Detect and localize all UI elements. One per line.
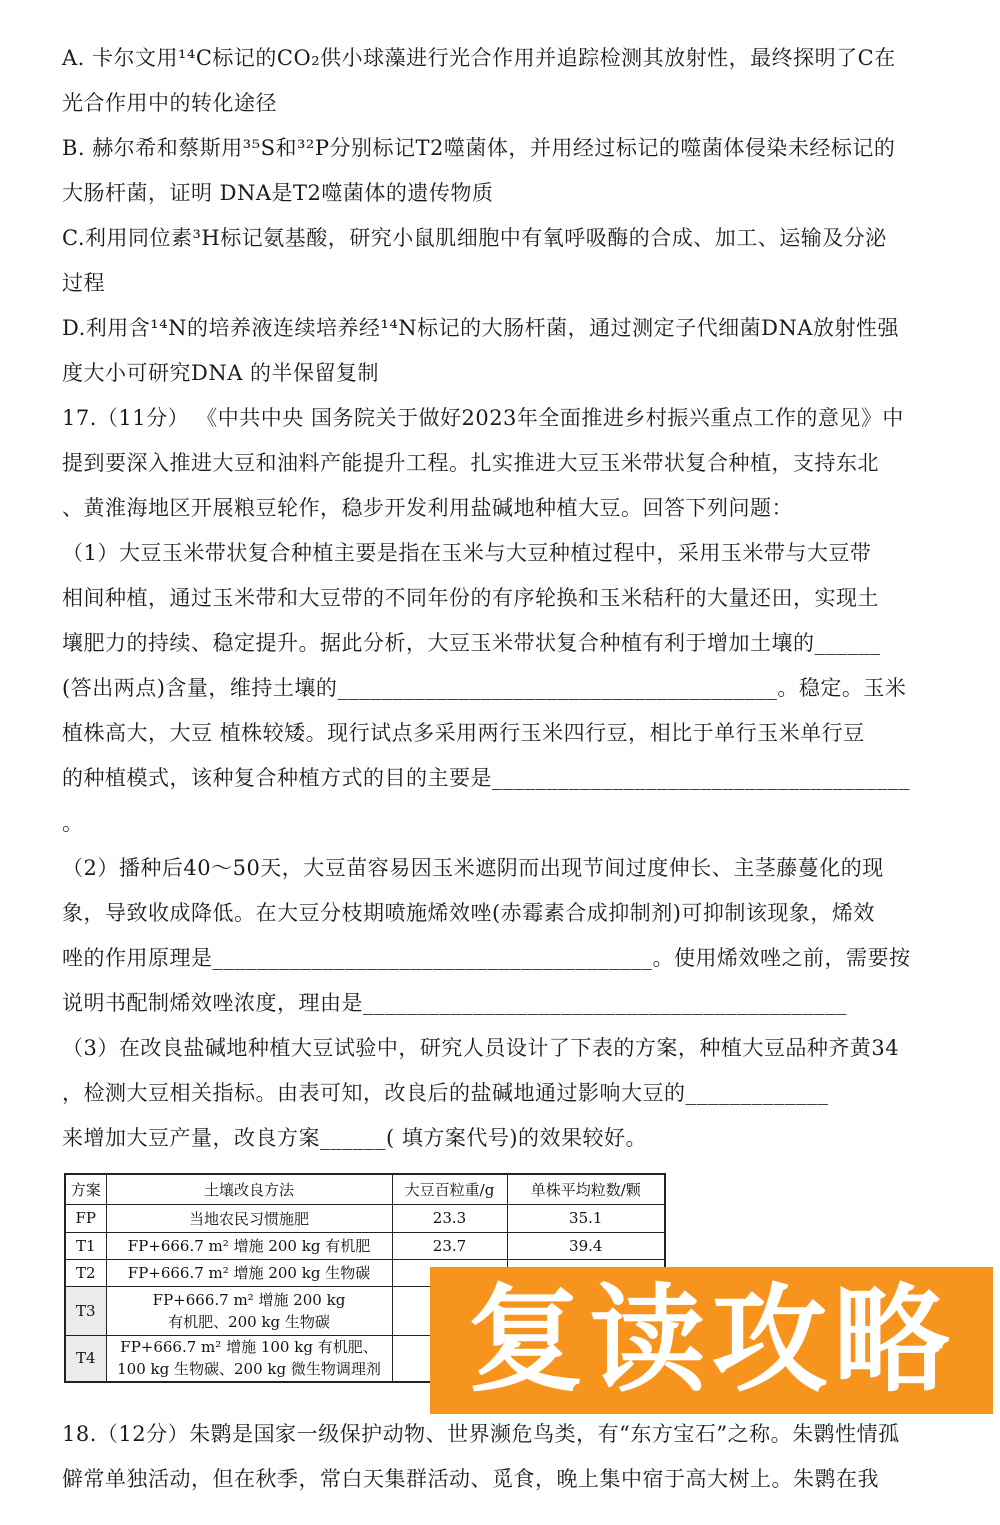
q17-part2-line-2: 象，导致收成降低。在大豆分枝期喷施烯效唑(赤霉素合成抑制剂)可抑制该现象，烯效 — [62, 891, 942, 936]
cell-method: FP+666.7 m² 增施 200 kg 生物碳 — [106, 1259, 392, 1286]
q17-part2-line-3: 唑的作用原理是_________________________________… — [62, 936, 942, 981]
cell-count: 35.1 — [507, 1204, 665, 1232]
q17-part1-line-5: 植株高大，大豆 植株较矮。现行试点多采用两行玉米四行豆，相比于单行玉米单行豆 — [62, 711, 942, 756]
cell-weight: 23.3 — [392, 1204, 507, 1232]
table-header-weight: 大豆百粒重/g — [392, 1174, 507, 1204]
option-c-line-1: C.利用同位素³H标记氨基酸，研究小鼠肌细胞中有氧呼吸酶的合成、加工、运输及分泌 — [62, 216, 942, 261]
option-c-line-2: 过程 — [62, 261, 942, 306]
cell-method: FP+666.7 m² 增施 200 kg 有机肥、200 kg 生物碳 — [106, 1286, 392, 1335]
table-row: FP 当地农民习惯施肥 23.3 35.1 — [65, 1204, 665, 1232]
cell-count: 39.4 — [507, 1232, 665, 1259]
q18-line-2: 僻常单独活动，但在秋季，常白天集群活动、觅食，晚上集中宿于高大树上。朱鹮在我 — [62, 1456, 942, 1501]
cell-method: FP+666.7 m² 增施 100 kg 有机肥、 100 kg 生物碳、20… — [106, 1335, 392, 1382]
option-b-line-1: B. 赫尔希和蔡斯用³⁵S和³²P分别标记T2噬菌体，并用经过标记的噬菌体侵染未… — [62, 126, 942, 171]
table-row: T1 FP+666.7 m² 增施 200 kg 有机肥 23.7 39.4 — [65, 1232, 665, 1259]
option-a-line-1: A. 卡尔文用¹⁴C标记的CO₂供小球藻进行光合作用并追踪检测其放射性，最终探明… — [62, 36, 942, 81]
cell-method-line-1: FP+666.7 m² 增施 100 kg 有机肥、 — [111, 1336, 388, 1358]
cell-plan: FP — [65, 1204, 106, 1232]
cell-method-line-1: FP+666.7 m² 增施 200 kg — [111, 1289, 388, 1311]
cell-plan: T1 — [65, 1232, 106, 1259]
option-b-line-2: 大肠杆菌，证明 DNA是T2噬菌体的遗传物质 — [62, 171, 942, 216]
q17-part1-line-7: 。 — [62, 801, 942, 846]
cell-plan: T2 — [65, 1259, 106, 1286]
q18-line-1: 18.（12分）朱鹮是国家一级保护动物、世界濒危鸟类，有“东方宝石”之称。朱鹮性… — [62, 1411, 942, 1456]
cell-weight: 23.7 — [392, 1232, 507, 1259]
q17-part2-line-1: （2）播种后40～50天，大豆苗容易因玉米遮阴而出现节间过度伸长、主茎藤蔓化的现 — [62, 846, 942, 891]
q17-part3-line-2: ，检测大豆相关指标。由表可知，改良后的盐碱地通过影响大豆的___________… — [62, 1071, 942, 1116]
q17-stem-line-3: 、黄淮海地区开展粮豆轮作，稳步开发利用盐碱地种植大豆。回答下列问题： — [62, 486, 942, 531]
q17-stem-line-2: 提到要深入推进大豆和油料产能提升工程。扎实推进大豆玉米带状复合种植，支持东北 — [62, 441, 942, 486]
q17-part1-line-1: （1）大豆玉米带状复合种植主要是指在玉米与大豆种植过程中，采用玉米带与大豆带 — [62, 531, 942, 576]
q17-part3-line-1: （3）在改良盐碱地种植大豆试验中，研究人员设计了下表的方案，种植大豆品种齐黄34 — [62, 1026, 942, 1071]
table-header-count: 单株平均粒数/颗 — [507, 1174, 665, 1204]
cell-plan: T3 — [65, 1286, 106, 1335]
q17-part1-line-2: 相间种植，通过玉米带和大豆带的不同年份的有序轮换和玉米秸秆的大量还田，实现土 — [62, 576, 942, 621]
table-header-method: 土壤改良方法 — [106, 1174, 392, 1204]
exam-page: A. 卡尔文用¹⁴C标记的CO₂供小球藻进行光合作用并追踪检测其放射性，最终探明… — [0, 0, 1000, 1525]
option-d-line-1: D.利用含¹⁴N的培养液连续培养经¹⁴N标记的大肠杆菌，通过测定子代细菌DNA放… — [62, 306, 942, 351]
q17-stem-line-1: 17.（11分） 《中共中央 国务院关于做好2023年全面推进乡村振兴重点工作的… — [62, 396, 942, 441]
cell-method: FP+666.7 m² 增施 200 kg 有机肥 — [106, 1232, 392, 1259]
option-a-line-2: 光合作用中的转化途径 — [62, 81, 942, 126]
q17-part1-line-4: (答出两点)含量，维持土壤的__________________________… — [62, 666, 942, 711]
cell-plan: T4 — [65, 1335, 106, 1382]
table-header-row: 方案 土壤改良方法 大豆百粒重/g 单株平均粒数/颗 — [65, 1174, 665, 1204]
question-text-block: A. 卡尔文用¹⁴C标记的CO₂供小球藻进行光合作用并追踪检测其放射性，最终探明… — [0, 0, 1000, 1161]
q17-part3-line-3: 来增加大豆产量，改良方案______( 填方案代号)的效果较好。 — [62, 1116, 942, 1161]
cell-method-line-2: 100 kg 生物碳、200 kg 微生物调理剂 — [111, 1358, 388, 1380]
q17-part2-line-4: 说明书配制烯效唑浓度，理由是__________________________… — [62, 981, 942, 1026]
q17-part1-line-6: 的种植模式，该种复合种植方式的目的主要是____________________… — [62, 756, 942, 801]
banner-text: 复读攻略 — [468, 1283, 956, 1399]
cell-method-line-2: 有机肥、200 kg 生物碳 — [111, 1311, 388, 1333]
q17-part1-line-3: 壤肥力的持续、稳定提升。据此分析，大豆玉米带状复合种植有利于增加土壤的_____… — [62, 621, 942, 666]
table-header-plan: 方案 — [65, 1174, 106, 1204]
cell-method: 当地农民习惯施肥 — [106, 1204, 392, 1232]
option-d-line-2: 度大小可研究DNA 的半保留复制 — [62, 351, 942, 396]
banner-overlay: 复读攻略 — [430, 1267, 993, 1414]
